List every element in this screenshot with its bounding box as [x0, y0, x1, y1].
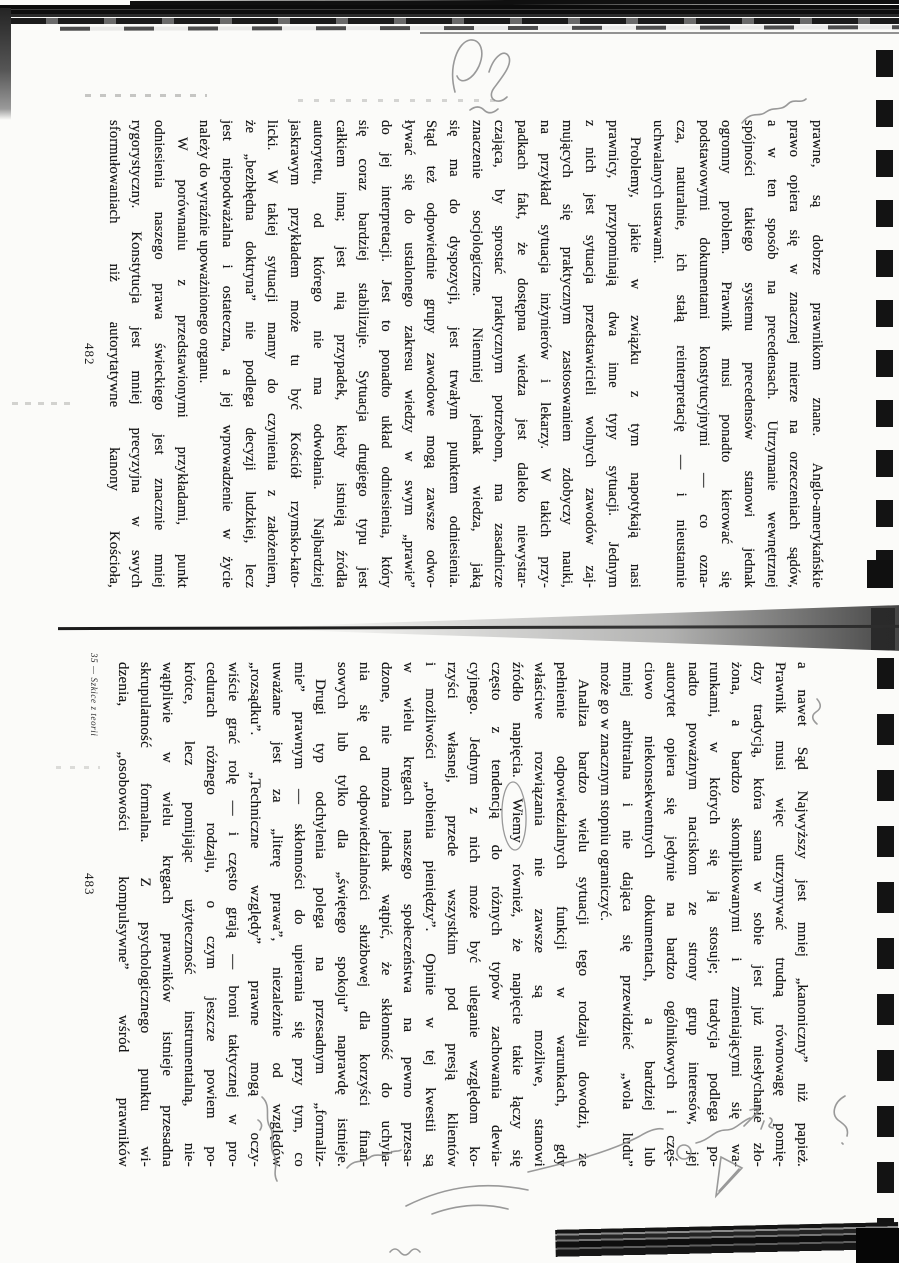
page-483-text-block: a nawet Sąd Najwyższy jest mniej „kanoni… [112, 662, 813, 1167]
text-line: a nawet Sąd Najwyższy jest mniej „kanoni… [790, 662, 812, 1167]
text-line: licki. W takiej sytuacji mamy do czynien… [261, 120, 284, 588]
binding-gutter-shadow [290, 602, 899, 654]
photocopy-speckles [298, 99, 496, 102]
text-line: i możliwości „robienia pieniędzy”. Opini… [418, 662, 440, 1167]
scan-artifact-top-band [420, 32, 899, 34]
text-line: autorytetu, od którego nie ma odwołania.… [306, 120, 329, 588]
text-line: nia się od odpowiedzialności służbowej d… [352, 662, 374, 1167]
text-line: dzy tradycją, która sama w sobie jest ju… [746, 662, 768, 1167]
scan-artifact-bottom-corner [856, 1228, 899, 1263]
text-line: Prawnik musi więc utrzymywać trudną równ… [768, 662, 790, 1167]
text-line: podstawowymi dokumentami konstytucyjnymi… [692, 120, 715, 588]
text-line: Stąd też odpowiednie grupy zawodowe mogą… [420, 120, 443, 588]
text-line: wiście grać rolę — i często grają — bron… [221, 662, 243, 1167]
text-line: rygorystyczny. Konstytucja jest mniej pr… [125, 120, 148, 588]
text-line: właściwe rozwiązania nie zawsze są możli… [527, 662, 549, 1167]
text-line: prawo opiera się w znacznej mierze na or… [783, 120, 806, 588]
text-line: ciowo niekonsekwentnych dokumentach, a b… [637, 662, 659, 1167]
text-line: sowych lub tylko dla „świętego spokoju” … [330, 662, 352, 1167]
text-line: może go w znacznym stopniu ograniczyć. [593, 662, 615, 1167]
text-line: całkiem inna; jest nią przypadek, kiedy … [329, 120, 352, 588]
text-line: Drugi typ odchylenia polega na przesadny… [309, 662, 331, 1167]
text-line: uważane jest za „literę prawa”, niezależ… [265, 662, 287, 1167]
text-line: ogromny problem. Prawnik musi ponadto ki… [715, 120, 738, 588]
photocopy-speckles [56, 766, 100, 769]
text-line: nadto poważnym naciskom ze strony grup i… [681, 662, 703, 1167]
text-line: runkami, w których się ją stosuje; trady… [703, 662, 725, 1167]
scan-artifact-left-strip [0, 8, 11, 120]
text-line: autorytet opiera się jedynie na bardzo o… [659, 662, 681, 1167]
text-line: jaskrawym przykładem może tu być Kościół… [284, 120, 307, 588]
text-line: pełnienie odpowiedzialnych funkcji w war… [549, 662, 571, 1167]
text-line: krótce, lecz pomijając użyteczność instr… [177, 662, 199, 1167]
text-line: jest niepodważalna i ostateczna, a jej w… [215, 120, 238, 588]
scan-artifact-top-band [0, 5, 899, 17]
text-line: spójności takiego systemu precedensów st… [737, 120, 760, 588]
page-482-text-block: prawne, są dobrze prawnikom znane. Anglo… [102, 120, 828, 588]
corner-scribble [390, 1249, 420, 1255]
text-line: żona, a bardzo skomplikowanymi i zmienia… [724, 662, 746, 1167]
text-line: Analiza bardzo wielu sytuacji tego rodza… [571, 662, 593, 1167]
text-line: skrupulatność formalna. Z psychologiczne… [133, 662, 155, 1167]
text-line: prawne, są dobrze prawnikom znane. Anglo… [805, 120, 828, 588]
text-line: należy do wyraźnie upoważnionego organu. [193, 120, 216, 588]
text-line: prawnicy, przypominają dwa inne typy syt… [601, 120, 624, 588]
text-line: mie” prawnym — skłonności do upierania s… [287, 662, 309, 1167]
text-line: uchwalanych ustawami. [647, 120, 670, 588]
page-edge-mark [867, 560, 893, 588]
text-line: wątpliwie w wielu kręgach prawników istn… [155, 662, 177, 1167]
text-line: źródło napięcia. Wiemy również, że napię… [506, 662, 528, 1167]
scan-artifact-top-band [0, 18, 899, 24]
page-edge-marks-bottom [877, 658, 894, 1248]
text-line: czająca, by sprostać praktycznym potrzeb… [488, 120, 511, 588]
small-curl-mark [813, 699, 821, 724]
scan-artifact-bottom-band [555, 1222, 899, 1263]
scan-artifact-top-band [60, 25, 899, 30]
text-line: cedurach różnego rodzaju, o czym jeszcze… [199, 662, 221, 1167]
text-line: że „bezbłędna doktryna” nie podlega decy… [238, 120, 261, 588]
text-line: dzenia, „osobowości kompulsywne” wśród p… [112, 662, 134, 1167]
text-line: w wielu kręgach naszego społeczeństwa na… [396, 662, 418, 1167]
text-line: sformułowaniach niż autorytatywne kanony… [102, 120, 125, 588]
text-line: padkach fakt, że dostępna wiedza jest da… [510, 120, 533, 588]
text-line: mniej arbitralna i nie dająca się przewi… [615, 662, 637, 1167]
text-line: znaczenie socjologiczne. Niemniej jednak… [465, 120, 488, 588]
photocopy-speckles [12, 402, 70, 405]
text-line: W porównaniu z przedstawionymi przykłada… [170, 120, 193, 588]
text-line: do jej interpretacji. Jest to ponadto uk… [374, 120, 397, 588]
text-line: ływać się do ustalonego zakresu wiedzy w… [397, 120, 420, 588]
page-number-482: 482 [81, 343, 97, 366]
text-line: rzyści własnej, przede wszystkim pod pre… [440, 662, 462, 1167]
text-line: z nich jest sytuacja przedstawicieli wol… [578, 120, 601, 588]
text-line: cza, naturalnie, ich stałą reinterpretac… [669, 120, 692, 588]
page-edge-marks-top [876, 50, 893, 562]
page-number-483: 483 [81, 873, 97, 896]
text-line: często z tendencją do różnych typów zach… [484, 662, 506, 1167]
text-line: mujących się praktycznym zastosowaniem z… [556, 120, 579, 588]
double-arc [406, 1186, 528, 1214]
text-line: na przykład sytuacja inżynierów i lekarz… [533, 120, 556, 588]
text-line: się ma do dyspozycji, jest trwałym punkt… [442, 120, 465, 588]
scanned-book-spread: prawne, są dobrze prawnikom znane. Anglo… [0, 0, 899, 1263]
text-line: odniesienia naszego prawa świeckiego jes… [147, 120, 170, 588]
printers-signature: 35 — Szkice z teorii [89, 653, 99, 737]
text-line: się coraz bardziej stabilizuje. Sytuacja… [352, 120, 375, 588]
photocopy-speckles [85, 94, 207, 97]
text-line: dzone, nie można jednak wątpić, że skłon… [374, 662, 396, 1167]
text-line: cyjnego. Jednym z nich może być uleganie… [462, 662, 484, 1167]
text-line: Problemy, jakie w związku z tym napotyka… [624, 120, 647, 588]
question-squiggle [834, 1096, 847, 1144]
text-line: „rozsądku”. „Techniczne względy” prawne … [243, 662, 265, 1167]
text-line: a w ten sposób na precedensach. Utrzyman… [760, 120, 783, 588]
